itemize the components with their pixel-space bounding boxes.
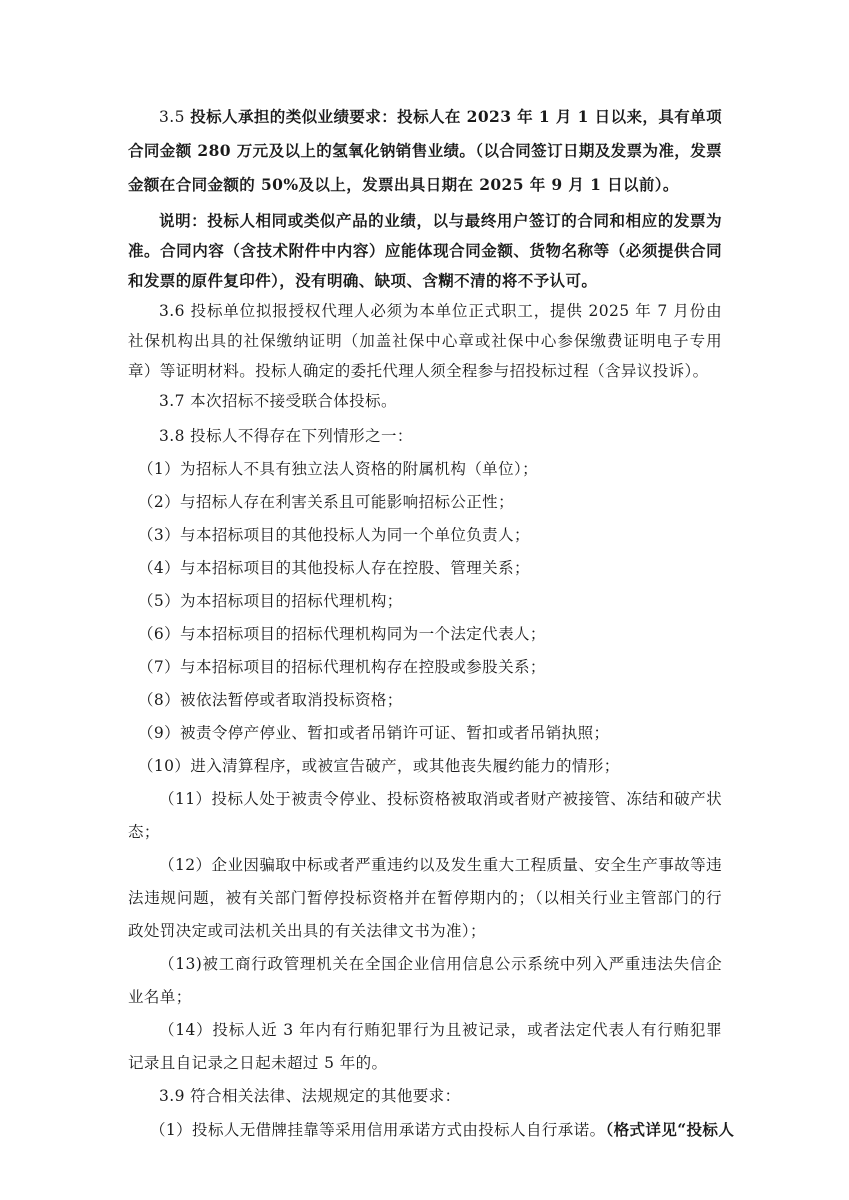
list-item: （14）投标人近 3 年内有行贿犯罪行为且被记录，或者法定代表人有行贿犯罪记录且…	[128, 1014, 722, 1080]
paragraph-3-7: 3.7 本次招标不接受联合体投标。	[128, 386, 722, 416]
list-item: （10）进入清算程序，或被宣告破产，或其他丧失履约能力的情形；	[128, 750, 722, 783]
paragraph-note: 说明：投标人相同或类似产品的业绩，以与最终用户签订的合同和相应的发票为准。合同内…	[128, 206, 722, 296]
list-item: （12）企业因骗取中标或者严重违约以及发生重大工程质量、安全生产事故等违法违规问…	[128, 849, 722, 948]
list-item: （2）与招标人存在利害关系且可能影响招标公正性；	[128, 486, 722, 519]
list-item: （7）与本招标项目的招标代理机构存在控股或参股关系；	[128, 651, 722, 684]
item-text-bold: （格式详见“投标人	[605, 1120, 734, 1139]
document-page: 3.5 投标人承担的类似业绩要求：投标人在 2023 年 1 月 1 日以来，具…	[128, 100, 722, 1147]
paragraph-3-9: 3.9 符合相关法律、法规规定的其他要求：	[128, 1080, 722, 1113]
clause-number: 3.5	[159, 108, 190, 126]
list-item: （4）与本招标项目的其他投标人存在控股、管理关系；	[128, 552, 722, 585]
list-item: （1）为招标人不具有独立法人资格的附属机构（单位）；	[128, 453, 722, 486]
clause-text-bold: 投标人承担的类似业绩要求：投标人在 2023 年 1 月 1 日以来，具有单项合…	[128, 107, 722, 194]
item-text: （1）投标人无借牌挂靠等采用信用承诺方式由投标人自行承诺。	[150, 1121, 605, 1139]
paragraph-3-6: 3.6 投标单位拟报授权代理人必须为本单位正式职工，提供 2025 年 7 月份…	[128, 296, 722, 386]
list-item: （3）与本招标项目的其他投标人为同一个单位负责人；	[128, 519, 722, 552]
list-item: （11）投标人处于被责令停业、投标资格被取消或者财产被接管、冻结和破产状态；	[128, 783, 722, 849]
list-item: （6）与本招标项目的招标代理机构同为一个法定代表人；	[128, 618, 722, 651]
list-item: （13)被工商行政管理机关在全国企业信用信息公示系统中列入严重违法失信企业名单；	[128, 948, 722, 1014]
list-item: （8）被依法暂停或者取消投标资格；	[128, 684, 722, 717]
list-item: （5）为本招标项目的招标代理机构；	[128, 585, 722, 618]
paragraph-3-8: 3.8 投标人不得存在下列情形之一：	[128, 420, 722, 453]
paragraph-3-9-item-1: （1）投标人无借牌挂靠等采用信用承诺方式由投标人自行承诺。（格式详见“投标人	[128, 1113, 722, 1147]
list-item: （9）被责令停产停业、暂扣或者吊销许可证、暂扣或者吊销执照；	[128, 717, 722, 750]
paragraph-3-5: 3.5 投标人承担的类似业绩要求：投标人在 2023 年 1 月 1 日以来，具…	[128, 100, 722, 202]
